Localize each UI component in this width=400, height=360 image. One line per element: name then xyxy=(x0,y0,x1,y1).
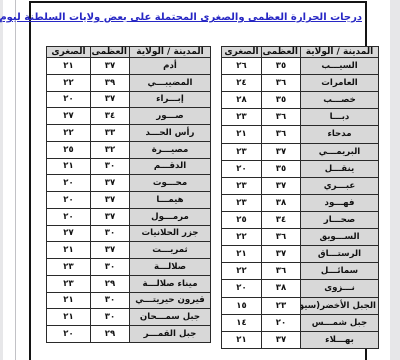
city-cell: الســـويق xyxy=(301,229,379,246)
min-temp-cell: ٢٠ xyxy=(47,192,91,209)
max-temp-cell: ٣٦ xyxy=(262,229,301,246)
max-temp-cell: ٣٥ xyxy=(262,58,301,75)
city-cell: البريمـــي xyxy=(301,143,379,160)
table-row: السيـــب٣٥٢٦ xyxy=(222,58,379,75)
max-temp-cell: ٣٩ xyxy=(91,74,130,91)
city-cell: العامرات xyxy=(301,75,379,92)
max-temp-cell: ٣٠ xyxy=(91,309,130,326)
col-header-city: المدينة / الولاية xyxy=(130,47,211,58)
min-temp-cell: ٢٠ xyxy=(47,175,91,192)
max-temp-cell: ٣٧ xyxy=(91,192,130,209)
min-temp-cell: ٢٢ xyxy=(47,125,91,142)
table-row: الرستـــاق٣٧٢١ xyxy=(222,246,379,263)
max-temp-cell: ٢٣ xyxy=(262,297,301,314)
city-cell: صحـــار xyxy=(301,211,379,228)
city-cell: ميناء صلالـــة xyxy=(130,275,211,292)
table-row: قيرون حيريتـــي٣٠٢١ xyxy=(47,292,211,309)
max-temp-cell: ٣٦ xyxy=(262,75,301,92)
min-temp-cell: ٢٣ xyxy=(47,275,91,292)
min-temp-cell: ٢٢ xyxy=(222,229,262,246)
min-temp-cell: ٢٠ xyxy=(47,326,91,343)
min-temp-cell: ٢٤ xyxy=(222,75,262,92)
city-cell: جبل سمـــحان xyxy=(130,309,211,326)
city-cell: جبل القمـــر xyxy=(130,326,211,343)
city-cell: محـــوت xyxy=(130,175,211,192)
city-cell: عبـــري xyxy=(301,177,379,194)
min-temp-cell: ٢٣ xyxy=(222,109,262,126)
min-temp-cell: ٢٨ xyxy=(222,92,262,109)
table-row: ينقـــل٣٥٢٠ xyxy=(222,160,379,177)
city-cell: سمائـــل xyxy=(301,263,379,280)
table-header-row: المدينة / الولاية العظمى الصغرى xyxy=(222,47,379,58)
table-row: بهـــلاء٣٧٢١ xyxy=(222,331,379,348)
table-row: جبل سمـــحان٣٠٢١ xyxy=(47,309,211,326)
table-row: العامرات٣٦٢٤ xyxy=(222,75,379,92)
min-temp-cell: ٢١ xyxy=(222,126,262,143)
min-temp-cell: ١٥ xyxy=(222,297,262,314)
table-row: دبـــا٣٦٢٣ xyxy=(222,109,379,126)
table-row: نـــزوى٣٨٢٠ xyxy=(222,280,379,297)
table-row: ميناء صلالـــة٢٩٢٣ xyxy=(47,275,211,292)
table-row: فهـــود٣٨٢٣ xyxy=(222,194,379,211)
max-temp-cell: ٣٠ xyxy=(91,225,130,242)
table-row: هيمـــا٣٧٢٠ xyxy=(47,192,211,209)
max-temp-cell: ٣٧ xyxy=(91,58,130,75)
max-temp-cell: ٣٠ xyxy=(91,259,130,276)
city-cell: صلالـــة xyxy=(130,259,211,276)
col-header-min: الصغرى xyxy=(47,47,91,58)
min-temp-cell: ٢١ xyxy=(47,242,91,259)
min-temp-cell: ٢١ xyxy=(222,331,262,348)
min-temp-cell: ٢٠ xyxy=(47,208,91,225)
table-row: الدقـــم٣٠٢١ xyxy=(47,158,211,175)
city-cell: مدحاء xyxy=(301,126,379,143)
max-temp-cell: ٣٧ xyxy=(91,208,130,225)
min-temp-cell: ٢٣ xyxy=(47,259,91,276)
city-cell: السيـــب xyxy=(301,58,379,75)
min-temp-cell: ٢٠ xyxy=(222,280,262,297)
max-temp-cell: ٣٨ xyxy=(262,194,301,211)
table-row: عبـــري٣٧٢٣ xyxy=(222,177,379,194)
table-row: مصيـــرة٣٢٢٥ xyxy=(47,141,211,158)
table-row: محـــوت٣٧٢٠ xyxy=(47,175,211,192)
max-temp-cell: ٣٧ xyxy=(262,177,301,194)
table-row: رأس الحـــد٣٣٢٢ xyxy=(47,125,211,142)
max-temp-cell: ٣٠ xyxy=(91,292,130,309)
min-temp-cell: ٢٢ xyxy=(47,74,91,91)
table-row: صلالـــة٣٠٢٣ xyxy=(47,259,211,276)
table-row: البريمـــي٣٧٢٣ xyxy=(222,143,379,160)
max-temp-cell: ٣٧ xyxy=(91,175,130,192)
city-cell: قيرون حيريتـــي xyxy=(130,292,211,309)
table-row: الســـويق٣٦٢٢ xyxy=(222,229,379,246)
city-cell: إبـــراء xyxy=(130,91,211,108)
col-header-city: المدينة / الولاية xyxy=(301,47,379,58)
min-temp-cell: ٢١ xyxy=(47,58,91,75)
max-temp-cell: ٣٠ xyxy=(91,158,130,175)
table-row: الجبل الأخضر(سيق)٢٣١٥ xyxy=(222,297,379,314)
table-row: مدحاء٣٦٢١ xyxy=(222,126,379,143)
table-row: إبـــراء٣٧٢٠ xyxy=(47,91,211,108)
page-fold-line xyxy=(15,0,16,360)
page-title: درجات الحرارة العظمى والصغرى المحتملة عل… xyxy=(33,11,362,24)
table-row: صحـــار٣٤٢٥ xyxy=(222,211,379,228)
city-cell: أدم xyxy=(130,58,211,75)
city-cell: الجبل الأخضر(سيق) xyxy=(301,297,379,314)
max-temp-cell: ٣٣ xyxy=(91,125,130,142)
min-temp-cell: ٢٠ xyxy=(222,160,262,177)
max-temp-cell: ٣٧ xyxy=(262,246,301,263)
min-temp-cell: ٢١ xyxy=(47,292,91,309)
max-temp-cell: ٣٤ xyxy=(91,108,130,125)
table-row: مرمـــول٣٧٢٠ xyxy=(47,208,211,225)
min-temp-cell: ٢٣ xyxy=(222,194,262,211)
city-cell: جبل شمـــس xyxy=(301,314,379,331)
table-row: جبل القمـــر٢٩٢٠ xyxy=(47,326,211,343)
table-row: المضيبـــي٣٩٢٢ xyxy=(47,74,211,91)
max-temp-cell: ٣٧ xyxy=(91,242,130,259)
city-cell: ثمريـــت xyxy=(130,242,211,259)
city-cell: مرمـــول xyxy=(130,208,211,225)
city-cell: نـــزوى xyxy=(301,280,379,297)
min-temp-cell: ٢١ xyxy=(47,309,91,326)
min-temp-cell: ٢١ xyxy=(222,246,262,263)
max-temp-cell: ٣٦ xyxy=(262,109,301,126)
min-temp-cell: ٢٠ xyxy=(47,91,91,108)
temperatures-table-right: المدينة / الولاية العظمى الصغرى السيـــب… xyxy=(221,46,379,349)
max-temp-cell: ٢٩ xyxy=(91,326,130,343)
city-cell: فهـــود xyxy=(301,194,379,211)
max-temp-cell: ٣٦ xyxy=(262,126,301,143)
table-row: خصـــب٣٥٢٨ xyxy=(222,92,379,109)
city-cell: المضيبـــي xyxy=(130,74,211,91)
max-temp-cell: ٣٧ xyxy=(91,91,130,108)
city-cell: دبـــا xyxy=(301,109,379,126)
min-temp-cell: ٢٥ xyxy=(222,211,262,228)
table-row: جبل شمـــس٢٠١٤ xyxy=(222,314,379,331)
table-header-row: المدينة / الولاية العظمى الصغرى xyxy=(47,47,211,58)
max-temp-cell: ٣٦ xyxy=(262,263,301,280)
city-cell: خصـــب xyxy=(301,92,379,109)
city-cell: هيمـــا xyxy=(130,192,211,209)
min-temp-cell: ٢٧ xyxy=(47,108,91,125)
max-temp-cell: ٢٠ xyxy=(262,314,301,331)
max-temp-cell: ٣٥ xyxy=(262,160,301,177)
max-temp-cell: ٣٥ xyxy=(262,92,301,109)
min-temp-cell: ٢١ xyxy=(47,158,91,175)
min-temp-cell: ٢٧ xyxy=(47,225,91,242)
city-cell: بهـــلاء xyxy=(301,331,379,348)
col-header-max: العظمى xyxy=(91,47,130,58)
max-temp-cell: ٢٩ xyxy=(91,275,130,292)
table-row: جزر الحلانيات٣٠٢٧ xyxy=(47,225,211,242)
table-row: سمائـــل٣٦٢٢ xyxy=(222,263,379,280)
max-temp-cell: ٣٧ xyxy=(262,331,301,348)
min-temp-cell: ٢٥ xyxy=(47,141,91,158)
city-cell: صـــور xyxy=(130,108,211,125)
col-header-min: الصغرى xyxy=(222,47,262,58)
table-row: ثمريـــت٣٧٢١ xyxy=(47,242,211,259)
max-temp-cell: ٣٨ xyxy=(262,280,301,297)
min-temp-cell: ٢٣ xyxy=(222,177,262,194)
col-header-max: العظمى xyxy=(262,47,301,58)
table-row: صـــور٣٤٢٧ xyxy=(47,108,211,125)
min-temp-cell: ٢٣ xyxy=(222,143,262,160)
max-temp-cell: ٣٤ xyxy=(262,211,301,228)
table-row: أدم٣٧٢١ xyxy=(47,58,211,75)
city-cell: جزر الحلانيات xyxy=(130,225,211,242)
temperatures-table-left: المدينة / الولاية العظمى الصغرى أدم٣٧٢١ا… xyxy=(46,46,211,343)
min-temp-cell: ١٤ xyxy=(222,314,262,331)
city-cell: رأس الحـــد xyxy=(130,125,211,142)
max-temp-cell: ٣٧ xyxy=(262,143,301,160)
min-temp-cell: ٢٦ xyxy=(222,58,262,75)
document-page: درجات الحرارة العظمى والصغرى المحتملة عل… xyxy=(3,0,390,360)
city-cell: ينقـــل xyxy=(301,160,379,177)
city-cell: الدقـــم xyxy=(130,158,211,175)
city-cell: مصيـــرة xyxy=(130,141,211,158)
max-temp-cell: ٣٢ xyxy=(91,141,130,158)
min-temp-cell: ٢٢ xyxy=(222,263,262,280)
city-cell: الرستـــاق xyxy=(301,246,379,263)
